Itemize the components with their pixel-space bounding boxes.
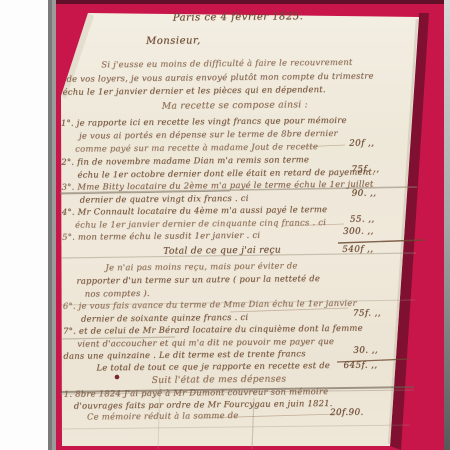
wax-seal-dot [115,375,120,380]
scan-edge-right [444,0,450,450]
scan-edge-left-dark [48,0,52,450]
white-matte [0,0,48,450]
red-mat-top-edge [56,0,444,4]
scan-edge-left [52,0,56,450]
photo-background [0,0,450,450]
letter-paper [61,13,419,446]
letter-photograph: Paris ce 4 février 1825. Monsieur, Si j'… [0,0,450,450]
